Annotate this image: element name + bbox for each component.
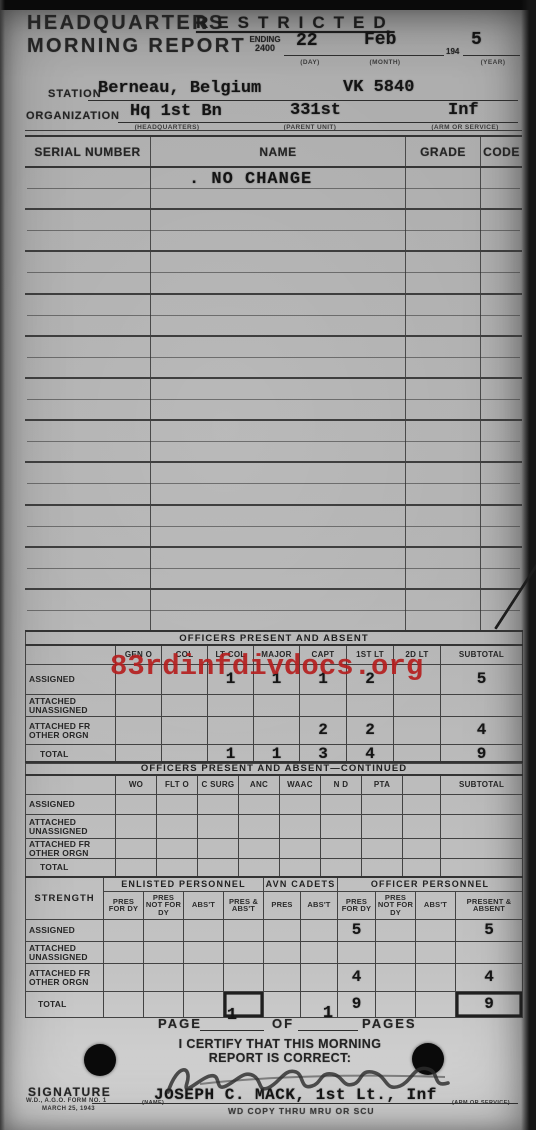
enlisted-group-label: ENLISTED PERSONNEL [104, 877, 264, 891]
avn-cadets-group-label: AVN CADETS [264, 877, 338, 891]
officers-continued-table: OFFICERS PRESENT AND ABSENT—CONTINUED WO… [25, 761, 523, 877]
strength-subcol: PRES FOR DY [338, 891, 376, 919]
year-line: 5 [463, 33, 520, 56]
double-rule [25, 130, 522, 131]
total-pages-line: 1 [298, 1004, 358, 1031]
scanned-morning-report: HEADQUARTERS MORNING REPORT RESTRICTED E… [0, 0, 536, 1130]
officers-continued-col: SUBTOTAL [441, 775, 523, 794]
officer-group-label: OFFICER PERSONNEL [338, 877, 523, 891]
date-month: Feb [364, 30, 396, 50]
strength-subcol: PRESENT & ABSENT [456, 891, 523, 919]
ending-block: ENDING 2400 [247, 36, 283, 52]
day-caption: (DAY) [288, 59, 332, 66]
strength-subcol: ABS'T [184, 891, 224, 919]
strength-row-attached-fr: ATTACHED FR OTHER ORGN 4 4 [26, 963, 523, 991]
officers-continued-col: ANC [239, 775, 280, 794]
officers-row-attached-fr: ATTACHED FR OTHER ORGN 2 2 4 [26, 716, 523, 744]
roster-header-row: SERIAL NUMBER NAME GRADE CODE [25, 137, 522, 168]
form-number: W.D., A.G.O. FORM NO. 1 [26, 1098, 146, 1106]
strength-row-total: TOTAL 9 9 [26, 991, 523, 1017]
strength-subcol: PRES NOT FOR DY [376, 891, 416, 919]
organization-arm: Inf [448, 101, 479, 120]
station-value: Berneau, Belgium [98, 79, 261, 98]
watermark: 83rdinfdivdocs.org [110, 650, 423, 683]
officers-continued-row-assigned: ASSIGNED [26, 794, 523, 814]
organization-hq: Hq 1st Bn [130, 102, 222, 121]
roster-table: SERIAL NUMBER NAME GRADE CODE . NO CHANG… [25, 135, 522, 632]
year-caption: (YEAR) [466, 59, 520, 66]
form-title-line2: MORNING REPORT [27, 35, 246, 58]
officers-continued-row-attached-unassigned: ATTACHED UNASSIGNED [26, 814, 523, 838]
officers-continued-header-row: WO FLT O C SURG ANC WAAC N D PTA SUBTOTA… [26, 775, 523, 794]
roster-blank-row [25, 210, 522, 252]
officers-continued-col: WO [116, 775, 157, 794]
organization-parent-unit: 331st [290, 101, 341, 120]
strength-subcol: PRES & ABS'T [224, 891, 264, 919]
officers-continued-col: WAAC [280, 775, 321, 794]
handwritten-signature [160, 1050, 460, 1105]
roster-blank-row [25, 252, 522, 294]
strength-row-attached-unassigned: ATTACHED UNASSIGNED [26, 941, 523, 963]
officers-continued-col: FLT O [157, 775, 198, 794]
officers-continued-row-total: TOTAL [26, 858, 523, 876]
station-map-ref: VK 5840 [343, 78, 414, 97]
roster-blank-row [25, 463, 522, 505]
form-number-block: W.D., A.G.O. FORM NO. 1 MARCH 25, 1943 [26, 1098, 146, 1113]
officers-col: SUBTOTAL [441, 645, 523, 664]
roster-header-serial: SERIAL NUMBER [25, 137, 150, 166]
year-prefix: 194 [446, 47, 459, 56]
roster-rows: . NO CHANGE [25, 168, 522, 632]
roster-entry-name: . NO CHANGE [150, 168, 405, 208]
strength-row-assigned: ASSIGNED 5 5 [26, 919, 523, 941]
roster-blank-row [25, 506, 522, 548]
form-date: MARCH 25, 1943 [26, 1106, 146, 1114]
film-edge-top [0, 0, 536, 10]
station-line: Berneau, Belgium VK 5840 [88, 78, 518, 101]
officers-continued-col: C SURG [198, 775, 239, 794]
date-day: 22 [296, 31, 318, 51]
of-label: OF [272, 1016, 294, 1031]
roster-header-name: NAME [150, 137, 405, 166]
ending-time: 2400 [247, 44, 283, 52]
page-number: 1 [227, 1006, 237, 1025]
officers-continued-col: PTA [362, 775, 403, 794]
organization-line: Hq 1st Bn 331st Inf [118, 101, 518, 123]
roster-entry-code [480, 168, 522, 208]
date-line: 22 Feb [284, 33, 444, 56]
officers-table-title: OFFICERS PRESENT AND ABSENT [26, 631, 523, 645]
strength-table: STRENGTH ENLISTED PERSONNEL AVN CADETS O… [25, 876, 523, 1018]
certification-line1: I CERTIFY THAT THIS MORNING [135, 1037, 425, 1051]
film-edge-left [0, 0, 5, 1130]
roster-blank-row [25, 295, 522, 337]
officers-continued-col [403, 775, 441, 794]
routing-note: WD COPY THRU MRU OR SCU [228, 1106, 375, 1116]
roster-blank-row [25, 590, 522, 632]
total-pages: 1 [323, 1004, 333, 1023]
date-year: 5 [471, 30, 482, 50]
officers-row-attached-unassigned: ATTACHED UNASSIGNED [26, 694, 523, 716]
roster-header-code: CODE [480, 137, 522, 166]
strength-subcol: PRES FOR DY [104, 891, 144, 919]
roster-blank-row [25, 421, 522, 463]
page-label: PAGE [158, 1016, 202, 1031]
roster-entry-serial [25, 168, 150, 208]
organization-label: ORGANIZATION [26, 110, 120, 122]
roster-blank-row [25, 548, 522, 590]
roster-entry-grade [405, 168, 480, 208]
officers-continued-title: OFFICERS PRESENT AND ABSENT—CONTINUED [26, 762, 523, 775]
roster-blank-row [25, 379, 522, 421]
officers-continued-row-attached-fr: ATTACHED FR OTHER ORGN [26, 838, 523, 858]
signature-arm-caption: (ARM OR SERVICE) [452, 1100, 510, 1108]
strength-subcol: ABS'T [416, 891, 456, 919]
strength-label: STRENGTH [26, 877, 104, 919]
strength-subcol: PRES NOT FOR DY [144, 891, 184, 919]
month-caption: (MONTH) [352, 59, 418, 66]
strength-group-header-row: STRENGTH ENLISTED PERSONNEL AVN CADETS O… [26, 877, 523, 891]
roster-entry-row: . NO CHANGE [25, 168, 522, 210]
punch-hole-left [84, 1044, 116, 1076]
roster-header-grade: GRADE [405, 137, 480, 166]
page-number-line: 1 [200, 1006, 264, 1031]
officers-continued-col: N D [321, 775, 362, 794]
roster-blank-row [25, 337, 522, 379]
boxed-total-cell: 9 [456, 991, 523, 1017]
strength-subcol: PRES [264, 891, 301, 919]
strength-subcol: ABS'T [301, 891, 338, 919]
pages-label: PAGES [362, 1016, 417, 1031]
